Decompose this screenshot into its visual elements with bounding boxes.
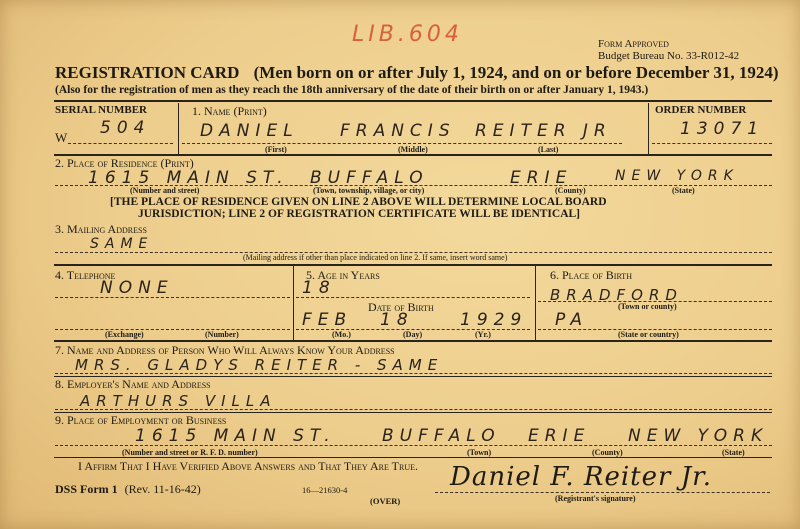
divider: [54, 100, 772, 102]
affirmation: I Affirm That I Have Verified Above Answ…: [78, 459, 418, 474]
telephone-line: [55, 297, 290, 298]
state-label: (State): [672, 186, 695, 195]
state-country-label: (State or country): [618, 330, 679, 339]
county-label: (County): [555, 186, 586, 195]
town-county-label: (Town or county): [618, 302, 677, 311]
name-last: REITER JR: [475, 121, 612, 141]
name-middle: FRANCIS: [340, 121, 456, 141]
form-code: 16—21630-4: [302, 485, 347, 495]
order-label: ORDER NUMBER: [655, 104, 746, 116]
divider: [648, 103, 649, 155]
divider: [293, 265, 294, 341]
last-label: (Last): [538, 145, 558, 154]
divider: [178, 103, 179, 155]
exchange-label: (Exchange): [105, 330, 144, 339]
card-title: REGISTRATION CARD (Men born on or after …: [55, 63, 779, 83]
employment-state: NEW YORK: [628, 426, 768, 446]
dob-day: 18: [380, 310, 414, 330]
mailing-value: SAME: [90, 236, 153, 252]
over-note: (OVER): [370, 496, 400, 506]
employment-county: ERIE: [528, 426, 590, 446]
name-label: 1. Name (Print): [192, 104, 267, 119]
town-label-2: (Town): [467, 448, 491, 457]
birthplace-state: PA: [555, 310, 588, 330]
town-label: (Town, township, village, or city): [313, 186, 424, 195]
serial-value: 504: [100, 118, 150, 138]
employer-value: ARTHURS VILLA: [80, 392, 276, 410]
registration-card: LIB.604 Form Approved Budget Bureau No. …: [0, 0, 800, 529]
divider: [54, 264, 772, 266]
divider: [54, 457, 772, 458]
employer-label: 8. Employer's Name and Address: [55, 377, 211, 392]
card-note: (Also for the registration of men as the…: [55, 84, 648, 96]
archive-annotation: LIB.604: [352, 22, 463, 47]
serial-prefix: W: [55, 130, 67, 146]
order-line: [652, 143, 772, 144]
age-value: 18: [302, 278, 336, 298]
first-label: (First): [265, 145, 287, 154]
day-label: (Day): [403, 330, 422, 339]
employment-town: BUFFALO: [382, 426, 501, 446]
state-label-2: (State): [722, 448, 745, 457]
order-value: 13071: [680, 119, 764, 139]
divider: [535, 265, 536, 341]
contact-value: MRS. GLADYS REITER - SAME: [75, 356, 443, 374]
street-label: (Number and street): [130, 186, 199, 195]
birthplace-label: 6. Place of Birth: [550, 268, 632, 283]
residence-notice-2: JURISDICTION; LINE 2 OF REGISTRATION CER…: [138, 208, 580, 220]
contact-line: [55, 373, 772, 374]
form-approved: Form Approved Budget Bureau No. 33-R012-…: [598, 38, 739, 62]
signature-label: (Registrant's signature): [555, 494, 636, 503]
serial-line: [68, 143, 173, 144]
serial-label: SERIAL NUMBER: [55, 104, 147, 116]
employment-line: [55, 445, 772, 446]
residence-notice-1: [THE PLACE OF RESIDENCE GIVEN ON LINE 2 …: [110, 196, 607, 208]
mailing-hint: (Mailing address if other than place ind…: [243, 253, 507, 262]
age-line: [296, 297, 530, 298]
form-footer: DSS Form 1 (Rev. 11-16-42): [55, 482, 201, 497]
signature-line: [435, 492, 770, 493]
month-label: (Mo.): [332, 330, 351, 339]
county-label-2: (County): [592, 448, 623, 457]
signature: Daniel F. Reiter Jr.: [450, 462, 712, 492]
dob-month: FEB: [302, 310, 352, 330]
mailing-label: 3. Mailing Address: [55, 222, 147, 237]
name-first: DANIEL: [200, 121, 299, 141]
name-line: [182, 143, 622, 144]
middle-label: (Middle): [398, 145, 428, 154]
year-label: (Yr.): [475, 330, 491, 339]
employer-line: [55, 409, 772, 410]
residence-state: NEW YORK: [615, 168, 739, 184]
number-label: (Number): [205, 330, 239, 339]
rfd-label: (Number and street or R. F. D. number): [122, 448, 258, 457]
telephone-value: NONE: [100, 278, 174, 298]
divider: [54, 340, 772, 342]
dob-year: 1929: [460, 310, 527, 330]
telephone-line-2: [55, 329, 290, 330]
employment-street: 1615 MAIN ST.: [135, 426, 336, 446]
